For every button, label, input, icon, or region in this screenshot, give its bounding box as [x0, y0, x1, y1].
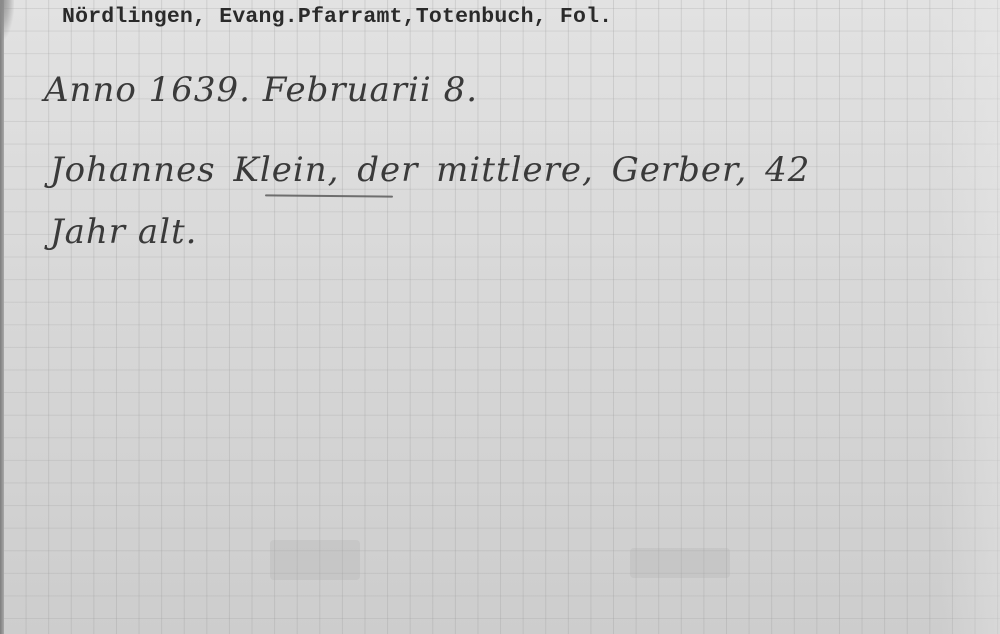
typed-header-source: Nördlingen, Evang.Pfarramt,Totenbuch, Fo… — [62, 5, 612, 29]
index-card: Nördlingen, Evang.Pfarramt,Totenbuch, Fo… — [0, 0, 1000, 634]
paper-smudge — [270, 540, 360, 580]
right-edge-fade — [940, 0, 1000, 634]
handwritten-date-line: Anno 1639. Februarii 8. — [44, 70, 478, 110]
handwritten-name-line: Johannes Klein, der mittlere, Gerber, 42 — [50, 150, 810, 190]
card-left-edge — [0, 0, 4, 634]
paper-smudge — [630, 548, 730, 578]
surname-underline — [265, 194, 393, 197]
handwritten-age-line: Jahr alt. — [50, 212, 197, 252]
corner-shadow — [0, 0, 14, 40]
